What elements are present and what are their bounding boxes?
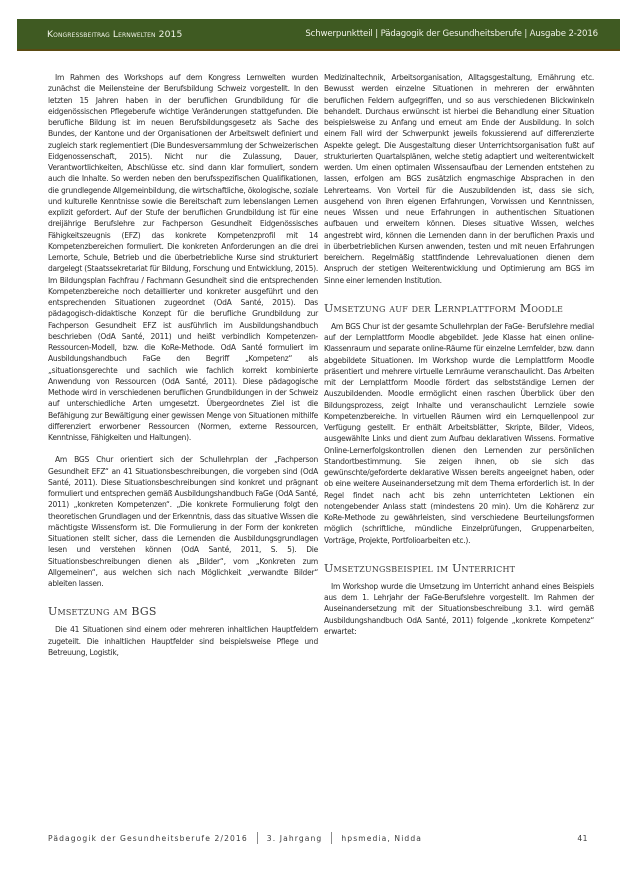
body-paragraph: Am BGS Chur ist der gesamte Schullehrpla… xyxy=(324,321,594,546)
footer-divider xyxy=(257,832,258,844)
body-paragraph: Medizinaltechnik, Arbeitsorganisation, A… xyxy=(324,72,594,286)
footer-volume: 3. Jahrgang xyxy=(267,834,323,843)
running-footer: Pädagogik der Gesundheitsberufe 2/2016 3… xyxy=(48,831,588,845)
footer-divider xyxy=(331,832,332,844)
section-heading: Umsetzung auf der Lernplattform Moodle xyxy=(324,302,594,315)
section-heading: Umsetzungsbeispiel im Unterricht xyxy=(324,562,594,575)
footer-journal: Pädagogik der Gesundheitsberufe 2/2016 xyxy=(48,834,248,843)
section-heading: Umsetzung am BGS xyxy=(48,605,318,618)
header-article-type: Kongressbeitrag Lernwelten 2015 xyxy=(47,29,182,40)
footer-publisher: hpsmedia, Nidda xyxy=(341,834,422,843)
body-paragraph: Im Rahmen des Workshops auf dem Kongress… xyxy=(48,72,318,443)
left-column: Im Rahmen des Workshops auf dem Kongress… xyxy=(48,72,318,658)
body-paragraph: Am BGS Chur orientiert sich der Schulleh… xyxy=(48,454,318,589)
running-header: Kongressbeitrag Lernwelten 2015 Schwerpu… xyxy=(17,19,620,51)
body-paragraph: Im Workshop wurde die Umsetzung im Unter… xyxy=(324,581,594,637)
header-journal-info: Schwerpunktteil | Pädagogik der Gesundhe… xyxy=(305,29,598,39)
page-number: 41 xyxy=(577,834,588,843)
body-paragraph: Die 41 Situationen sind einem oder mehre… xyxy=(48,624,318,658)
right-column: Medizinaltechnik, Arbeitsorganisation, A… xyxy=(324,72,594,637)
